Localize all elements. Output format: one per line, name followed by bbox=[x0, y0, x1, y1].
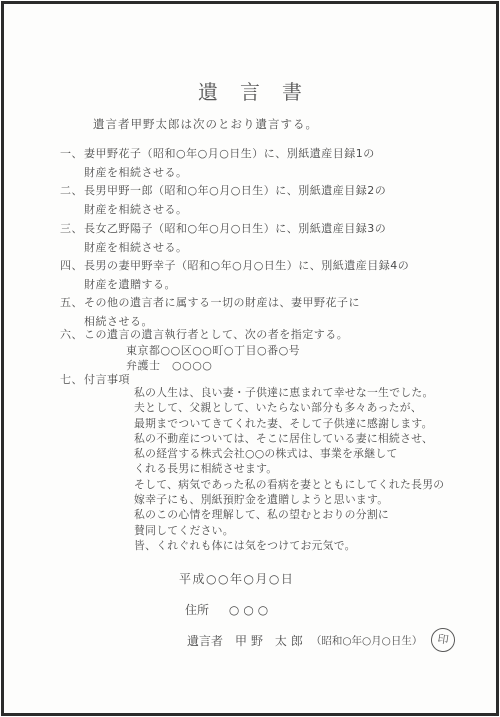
appendix-line: 私の不動産については、そこに居住している妻に相続させ、 bbox=[134, 432, 433, 445]
appendix-remarks: 私の人生は、良い妻・子供達に恵まれて幸せな一生でした。 夫として、父親として、い… bbox=[134, 385, 482, 553]
appendix-line: 夫として、父親として、いたらない部分も多々あったが、 bbox=[134, 401, 422, 414]
clause-line: この遺言の遺言執行者として、次の者を指定する。 bbox=[84, 328, 348, 341]
clause-number: 一、 bbox=[60, 145, 84, 182]
clause-number: 六、 bbox=[60, 327, 84, 374]
signer-name: 甲野 太郎 bbox=[235, 632, 307, 649]
will-document-sheet: 遺言書 遺言者甲野太郎は次のとおり遺言する。 一、 妻甲野花子（昭和○年○月○日… bbox=[1, 1, 499, 716]
appendix-line: そして、病気であった私の看病を妻とともにしてくれた長男の bbox=[134, 478, 444, 491]
clause-line: 相続させる。 bbox=[84, 315, 153, 328]
clause-line: 長男甲野一郎（昭和○年○月○日生）に、別紙遺産目録2の bbox=[84, 184, 386, 197]
signature-row: 遺言者 甲野 太郎 （昭和○年○月○日生） 印 bbox=[187, 628, 455, 652]
executor-address-line: 東京都○○区○○町○丁目○番○号 bbox=[126, 344, 300, 357]
clause-4: 四、 長男の妻甲野幸子（昭和○年○月○日生）に、別紙遺産目録4の 財産を遺贈する… bbox=[60, 257, 486, 294]
clause-line: その他の遺言者に属する一切の財産は、妻甲野花子に bbox=[84, 296, 360, 309]
clause-5: 五、 その他の遺言者に属する一切の財産は、妻甲野花子に 相続させる。 bbox=[60, 294, 486, 331]
address-value: ○○○ bbox=[229, 603, 272, 617]
signer-birthdate: （昭和○年○月○日生） bbox=[311, 633, 423, 648]
clause-text: 妻甲野花子（昭和○年○月○日生）に、別紙遺産目録1の 財産を相続させる。 bbox=[84, 145, 486, 182]
appendix-line: 私の経営する株式会社○○の株式は、事業を承継して bbox=[134, 447, 398, 460]
clause-line: 財産を遺贈する。 bbox=[84, 278, 176, 291]
clause-line: 妻甲野花子（昭和○年○月○日生）に、別紙遺産目録1の bbox=[84, 147, 375, 160]
clause-line: 長男の妻甲野幸子（昭和○年○月○日生）に、別紙遺産目録4の bbox=[84, 259, 409, 272]
clause-text: 長男の妻甲野幸子（昭和○年○月○日生）に、別紙遺産目録4の 財産を遺贈する。 bbox=[84, 257, 486, 294]
appendix-line: 私の人生は、良い妻・子供達に恵まれて幸せな一生でした。 bbox=[134, 386, 434, 399]
clause-number: 三、 bbox=[60, 220, 84, 257]
address-row: 住所 ○○○ bbox=[185, 601, 272, 618]
appendix-line: 皆、くれぐれも体には気をつけてお元気で。 bbox=[134, 539, 356, 552]
clause-number: 七、 bbox=[60, 371, 84, 390]
clause-text: 長女乙野陽子（昭和○年○月○日生）に、別紙遺産目録3の 財産を相続させる。 bbox=[84, 220, 486, 257]
appendix-line: 最期までついてきてくれた妻、そして子供達に感謝します。 bbox=[134, 417, 433, 430]
clause-line: 付言事項 bbox=[84, 373, 130, 386]
clause-6-executor: 六、 この遺言の遺言執行者として、次の者を指定する。 東京都○○区○○町○丁目○… bbox=[60, 327, 486, 374]
clause-1: 一、 妻甲野花子（昭和○年○月○日生）に、別紙遺産目録1の 財産を相続させる。 bbox=[60, 145, 486, 182]
appendix-line: くれる長男に相続させます。 bbox=[134, 462, 277, 475]
clause-2: 二、 長男甲野一郎（昭和○年○月○日生）に、別紙遺産目録2の 財産を相続させる。 bbox=[60, 182, 486, 219]
appendix-line: 嫁幸子にも、別紙預貯金を遺贈しようと思います。 bbox=[134, 493, 388, 506]
clause-line: 長女乙野陽子（昭和○年○月○日生）に、別紙遺産目録3の bbox=[84, 222, 386, 235]
clause-line: 財産を相続させる。 bbox=[84, 203, 188, 216]
address-label: 住所 bbox=[185, 603, 209, 617]
clause-number: 四、 bbox=[60, 257, 84, 294]
clause-text: 長男甲野一郎（昭和○年○月○日生）に、別紙遺産目録2の 財産を相続させる。 bbox=[84, 182, 486, 219]
will-date: 平成○○年○月○日 bbox=[179, 570, 294, 587]
clause-text: この遺言の遺言執行者として、次の者を指定する。 東京都○○区○○町○丁目○番○号… bbox=[84, 327, 486, 374]
seal-stamp-icon: 印 bbox=[430, 626, 457, 653]
clause-line: 財産を相続させる。 bbox=[84, 241, 188, 254]
clause-3: 三、 長女乙野陽子（昭和○年○月○日生）に、別紙遺産目録3の 財産を相続させる。 bbox=[60, 220, 486, 257]
clause-line: 財産を相続させる。 bbox=[84, 166, 188, 179]
testator-declaration: 遺言者甲野太郎は次のとおり遺言する。 bbox=[93, 116, 318, 132]
appendix-line: 賛同してください。 bbox=[134, 524, 234, 537]
clause-number: 五、 bbox=[60, 294, 84, 331]
clause-text: その他の遺言者に属する一切の財産は、妻甲野花子に 相続させる。 bbox=[84, 294, 486, 331]
appendix-line: 私のこの心情を理解して、私の望むとおりの分割に bbox=[134, 508, 389, 521]
document-title: 遺言書 bbox=[4, 76, 496, 105]
signature-label: 遺言者 bbox=[187, 632, 223, 649]
clause-number: 二、 bbox=[60, 182, 84, 219]
